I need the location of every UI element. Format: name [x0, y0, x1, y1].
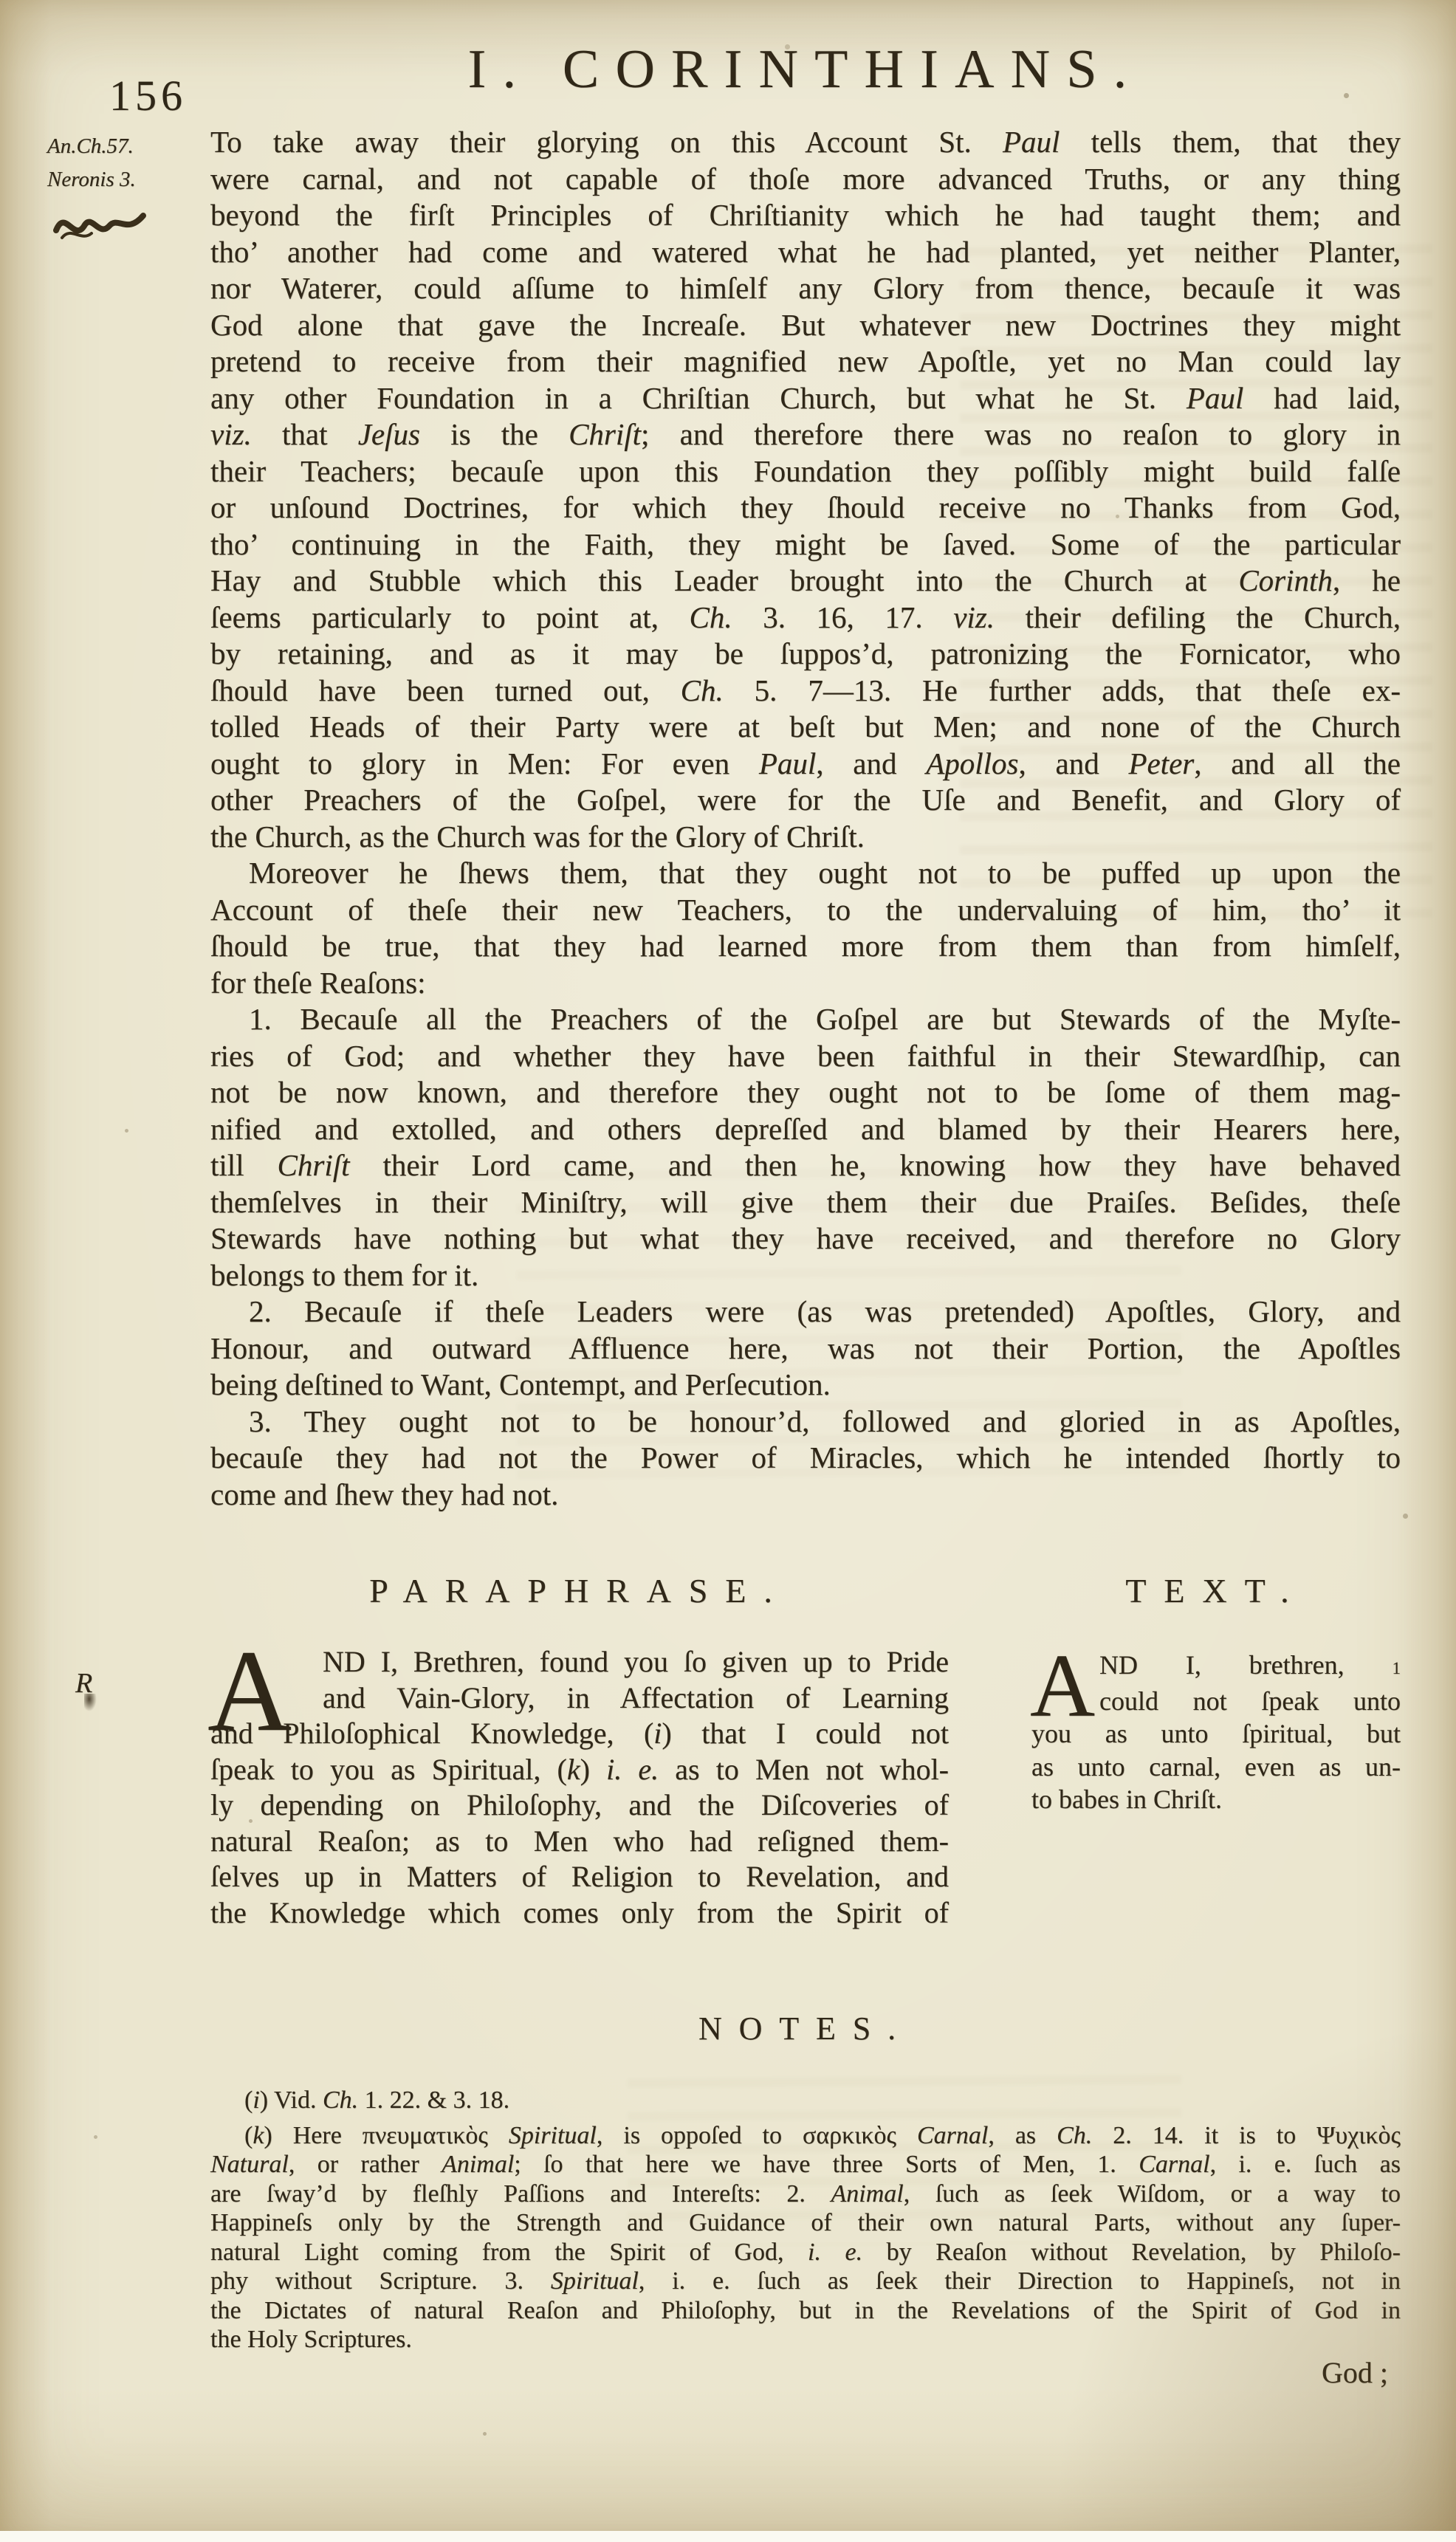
text-line: the Dictates of natural Reaſon and Philo… [210, 2296, 1401, 2326]
paraphrase-text-section: PARAPHRASE. A ND I, Brethren, found you … [210, 1571, 1401, 1931]
text-line: ſhould be true, that they had learned mo… [210, 928, 1401, 965]
text-line: come and ſhew they had not. [210, 1477, 1401, 1514]
text-line: themſelves in their Miniſtry, will give … [210, 1184, 1401, 1221]
text-line: ſpeak to you as Spiritual, (k) i. e. as … [210, 1752, 949, 1788]
text-line: for theſe Reaſons: [210, 965, 1401, 1002]
paraphrase-heading: PARAPHRASE. [210, 1571, 949, 1610]
summary-text: To take away their glorying on this Acco… [210, 124, 1401, 1513]
margin-note-year: An.Ch.57. [47, 130, 206, 163]
text-line: the Church, as the Church was for the Gl… [210, 819, 1401, 856]
text-line: are ſway’d by fleſhly Paſſions and Inter… [210, 2179, 1401, 2209]
notes-heading: NOTES. [210, 2010, 1401, 2047]
margin-note: An.Ch.57. Neronis 3. [47, 130, 206, 263]
text-line: Account of theſe their new Teachers, to … [210, 892, 1401, 929]
text-line: nor Waterer, could aſſume to himſelf any… [210, 270, 1401, 307]
drop-cap: A [207, 1646, 292, 1737]
text-line: Happineſs only by the Strength and Guida… [210, 2208, 1401, 2238]
text-line: or unſound Doctrines, for which they ſho… [210, 489, 1401, 526]
text-line: to babes in Chriſt. [1031, 1783, 1401, 1816]
text-line: Honour, and outward Affluence here, was … [210, 1330, 1401, 1367]
text-line: till Chriſt their Lord came, and then he… [210, 1147, 1401, 1184]
catchword: God ; [1322, 2355, 1388, 2390]
text-line: tolled Heads of their Party were at beſt… [210, 709, 1401, 746]
text-line: ſelves up in Matters of Religion to Reve… [210, 1859, 949, 1895]
note-item-i: (i) Vid. Ch. 1. 22. & 3. 18. [210, 2086, 1401, 2115]
text-line: 1. Becauſe all the Preachers of the Goſp… [210, 1001, 1401, 1038]
drop-cap: A [1030, 1650, 1095, 1722]
paragraph: 2. Becauſe if theſe Leaders were (as was… [210, 1294, 1401, 1404]
text-body: A ND I, brethren, 1could not ſpeak untoy… [1031, 1649, 1401, 1816]
text-line: becauſe they had not the Power of Miracl… [210, 1440, 1401, 1477]
page-number: 156 [109, 71, 187, 120]
text-line: 2. Becauſe if theſe Leaders were (as was… [210, 1294, 1401, 1330]
text-line: ſhould have been turned out, Ch. 5. 7—13… [210, 673, 1401, 710]
text-line: belongs to them for it. [210, 1257, 1401, 1294]
text-line: tho’ another had come and watered what h… [210, 234, 1401, 271]
text-line: were carnal, and not capable of thoſe mo… [210, 161, 1401, 198]
text-line: nified and extolled, and others depreſſe… [210, 1111, 1401, 1148]
text-line: tho’ continuing in the Faith, they might… [210, 526, 1401, 563]
text-line: beyond the firſt Principles of Chriſtian… [210, 197, 1401, 234]
text-line: being deſtined to Want, Contempt, and Pe… [210, 1367, 1401, 1404]
note-item-k: (k) Here πνευματικὸς Spiritual, is oppoſ… [210, 2121, 1401, 2354]
paraphrase-body: A ND I, Brethren, found you ſo given up … [210, 1644, 949, 1931]
text-line: Moreover he ſhews them, that they ought … [210, 855, 1401, 892]
text-line: pretend to receive from their magnified … [210, 343, 1401, 380]
text-line: and Vain-Glory, in Affectation of Learni… [210, 1680, 949, 1717]
text-line: natural Light coming from the Spirit of … [210, 2238, 1401, 2267]
text-line: and Philoſophical Knowledge, (i) that I … [210, 1716, 949, 1752]
text-line: the Holy Scriptures. [210, 2325, 1401, 2354]
text-line: any other Foundation in a Chriſtian Chur… [210, 380, 1401, 417]
paragraph: To take away their glorying on this Acco… [210, 124, 1401, 855]
text-line: Hay and Stubble which this Leader brough… [210, 563, 1401, 600]
paragraph: 3. They ought not to be honour’d, follow… [210, 1404, 1401, 1514]
scan-edge [0, 2531, 1456, 2542]
text-line: 3. They ought not to be honour’d, follow… [210, 1404, 1401, 1440]
text-line: To take away their glorying on this Acco… [210, 124, 1401, 161]
text-line: ND I, Brethren, found you ſo given up to… [210, 1644, 949, 1680]
text-line: their Teachers; becauſe upon this Founda… [210, 453, 1401, 490]
text-line: ries of God; and whether they have been … [210, 1038, 1401, 1075]
text-line: (k) Here πνευματικὸς Spiritual, is oppoſ… [210, 2121, 1401, 2151]
text-line: viz. that Jeſus is the Chriſt; and there… [210, 416, 1401, 453]
text-line: God alone that gave the Increaſe. But wh… [210, 307, 1401, 344]
paragraph: Moreover he ſhews them, that they ought … [210, 855, 1401, 1001]
text-line: ſeems particularly to point at, Ch. 3. 1… [210, 600, 1401, 636]
text-line: Stewards have nothing but what they have… [210, 1220, 1401, 1257]
text-line: as unto carnal, even as un- [1031, 1751, 1401, 1784]
text-line: phy without Scripture. 3. Spiritual, i. … [210, 2267, 1401, 2296]
running-title: I. CORINTHIANS. [210, 38, 1401, 101]
text-line: ought to glory in Men: For even Paul, an… [210, 746, 1401, 783]
text-line: other Preachers of the Goſpel, were for … [210, 782, 1401, 819]
text-line: not be now known, and therefore they oug… [210, 1074, 1401, 1111]
paraphrase-column: PARAPHRASE. A ND I, Brethren, found you … [210, 1571, 949, 1931]
text-line: ly depending on Philoſophy, and the Diſc… [210, 1787, 949, 1824]
notes-section: NOTES. (i) Vid. Ch. 1. 22. & 3. 18. (k) … [210, 2010, 1401, 2360]
text-line: natural Reaſon; as to Men who had reſign… [210, 1824, 949, 1860]
verse-margin-mark: R [75, 1667, 92, 1700]
text-line: the Knowledge which comes only from the … [210, 1895, 949, 1931]
margin-note-regnal: Neronis 3. [47, 163, 206, 196]
text-line: Natural, or rather Animal; ſo that here … [210, 2150, 1401, 2179]
text-column: TEXT. A ND I, brethren, 1could not ſpeak… [1031, 1571, 1401, 1931]
text-line: (i) Vid. Ch. 1. 22. & 3. 18. [210, 2086, 1401, 2115]
text-line: by retaining, and as it may be ſuppos’d,… [210, 636, 1401, 673]
paper-speckles [0, 0, 2, 2]
flourish-icon [52, 199, 149, 253]
book-page-scan: 156 I. CORINTHIANS. An.Ch.57. Neronis 3.… [0, 0, 1456, 2542]
text-heading: TEXT. [1031, 1571, 1401, 1610]
paragraph: 1. Becauſe all the Preachers of the Goſp… [210, 1001, 1401, 1294]
